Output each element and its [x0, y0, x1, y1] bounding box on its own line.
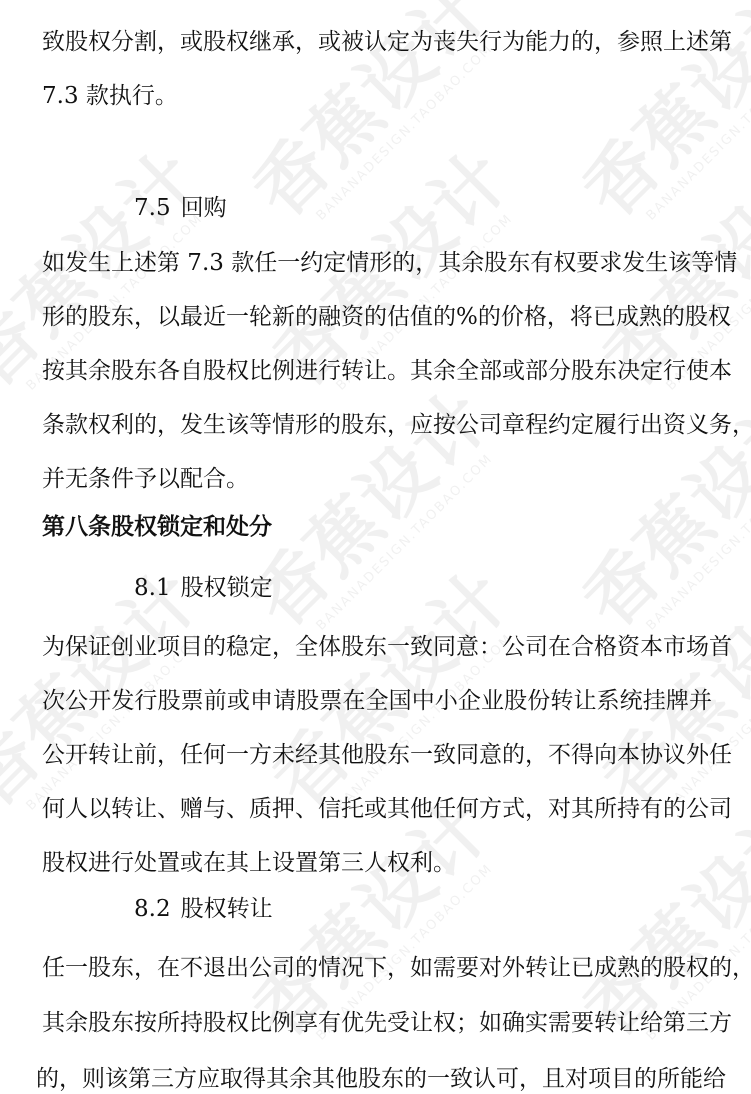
subheading-8-2: 8.2股权转让 [134, 896, 273, 923]
paragraph-line: 何人以转让、赠与、质押、信托或其他任何方式，对其所持有的公司 [42, 796, 712, 823]
paragraph-line: 股权进行处置或在其上设置第三人权利。 [42, 850, 456, 877]
paragraph-line: 的，则该第三方应取得其余其他股东的一致认可，且对项目的所能给 [36, 1066, 714, 1093]
subheading-7-5: 7.5回购 [134, 195, 227, 222]
paragraph-line: 并无条件予以配合。 [42, 466, 249, 493]
paragraph-line: 公开转让前，任何一方未经其他股东一致同意的，不得向本协议外任 [42, 742, 712, 769]
paragraph-line: 致股权分割，或股权继承，或被认定为丧失行为能力的，参照上述第 [42, 29, 712, 56]
section-number: 7.5 [134, 195, 171, 221]
section-title: 回购 [181, 195, 227, 221]
paragraph-line: 次公开发行股票前或申请股票在全国中小企业股份转让系统挂牌并 [42, 688, 712, 715]
paragraph-line: 条款权利的，发生该等情形的股东，应按公司章程约定履行出资义务， [42, 412, 712, 439]
section-title: 股权锁定 [181, 575, 273, 601]
paragraph-line: 其余股东按所持股权比例享有优先受让权；如确实需要转让给第三方 [42, 1010, 712, 1037]
subheading-8-1: 8.1股权锁定 [134, 575, 273, 602]
section-title: 股权转让 [181, 896, 273, 922]
article-heading: 第八条股权锁定和处分 [42, 514, 272, 541]
paragraph-line: 7.3 款执行。 [42, 83, 178, 110]
section-number: 8.1 [134, 575, 171, 601]
paragraph-line: 形的股东，以最近一轮新的融资的估值的%的价格，将已成熟的股权 [42, 304, 712, 331]
paragraph-line: 如发生上述第 7.3 款任一约定情形的，其余股东有权要求发生该等情 [42, 250, 712, 277]
watermark-layer: 香蕉设计BANANADESIGN.TAOBAO.COM 香蕉设计BANANADE… [0, 0, 751, 1094]
paragraph-line: 按其余股东各自股权比例进行转让。其余全部或部分股东决定行使本 [42, 358, 712, 385]
section-number: 8.2 [134, 896, 171, 922]
paragraph-line: 任一股东，在不退出公司的情况下，如需要对外转让已成熟的股权的， [42, 955, 712, 982]
paragraph-line: 为保证创业项目的稳定，全体股东一致同意：公司在合格资本市场首 [42, 634, 712, 661]
